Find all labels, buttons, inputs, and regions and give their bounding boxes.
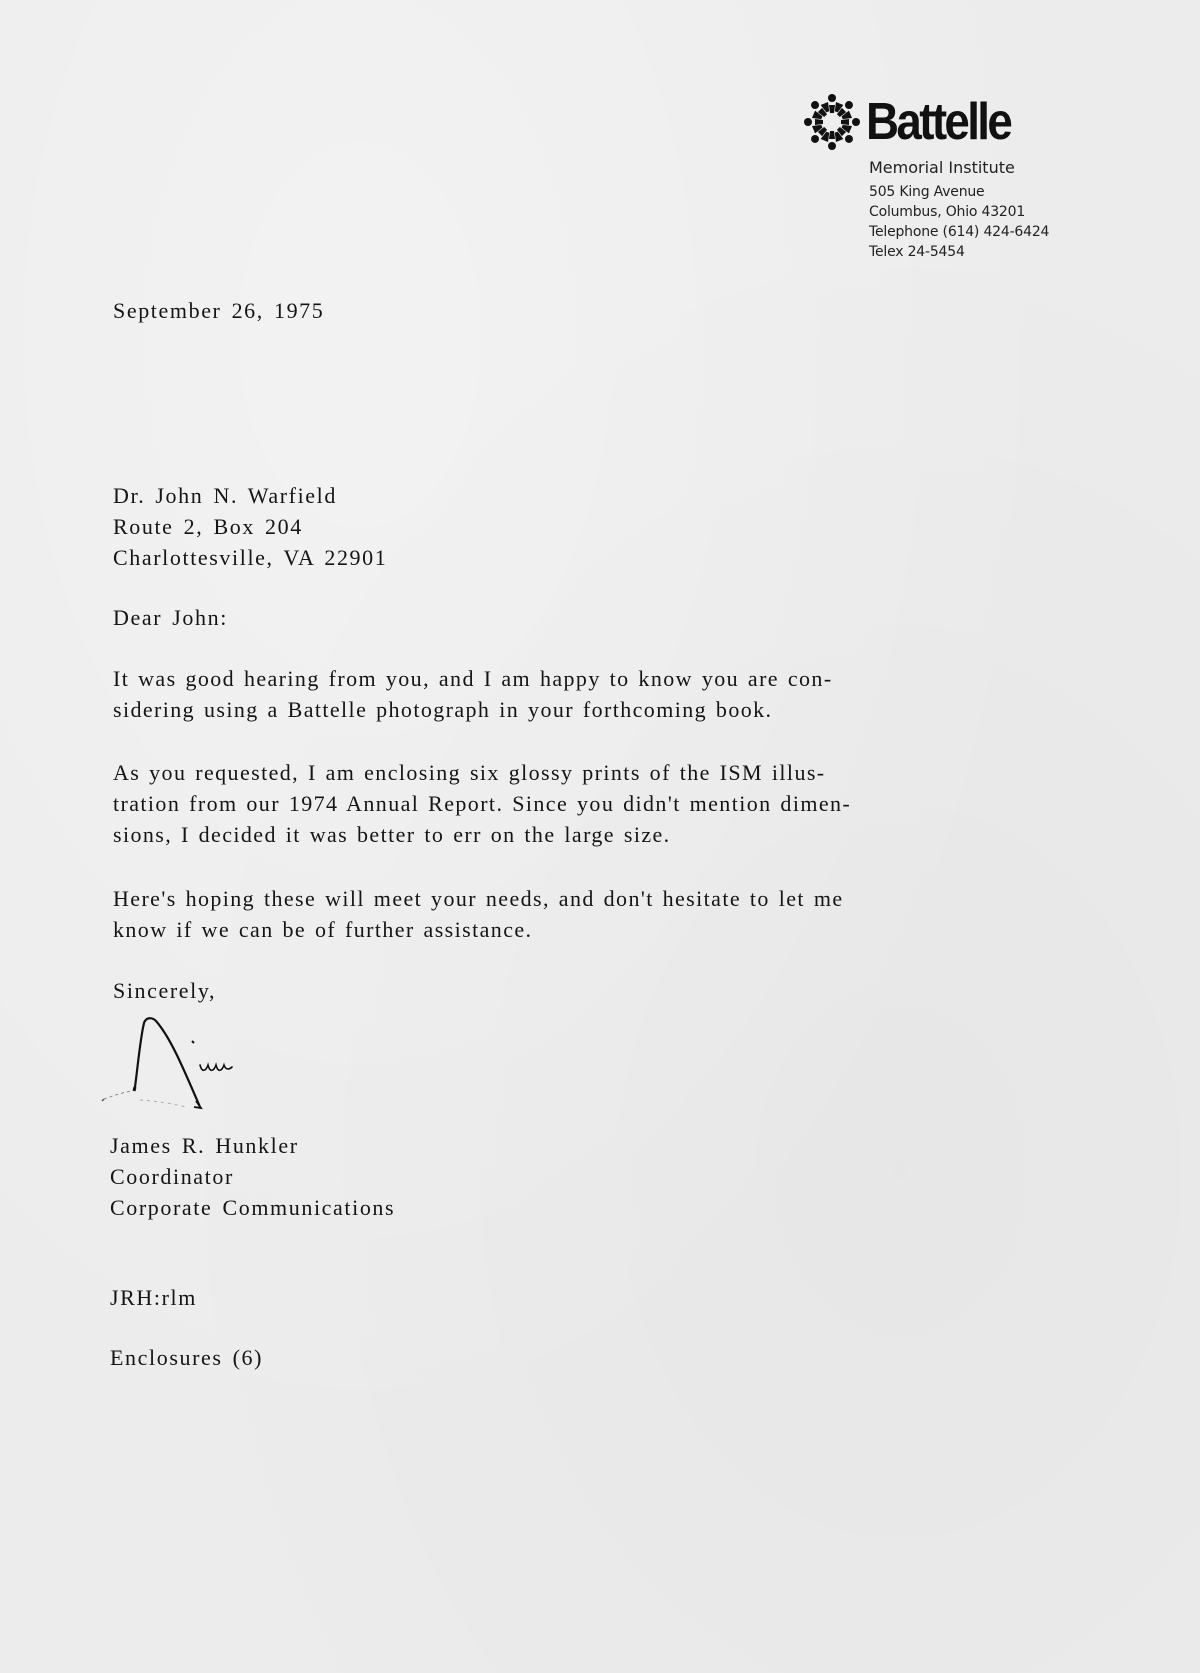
enclosures-note: Enclosures (6) [110, 1345, 263, 1371]
letter-date: September 26, 1975 [113, 298, 324, 324]
letterhead-telex: Telex 24-5454 [869, 244, 965, 260]
signer-department: Corporate Communications [110, 1192, 395, 1223]
paragraph-line: tration from our 1974 Annual Report. Sin… [113, 788, 1053, 819]
paragraph-line: It was good hearing from you, and I am h… [113, 663, 1053, 694]
organization-name: Memorial Institute [869, 158, 1015, 177]
paragraph-line: Here's hoping these will meet your needs… [113, 883, 1053, 914]
recipient-name: Dr. John N. Warfield [113, 480, 387, 511]
body-paragraph-3: Here's hoping these will meet your needs… [113, 883, 1053, 945]
recipient-address: Dr. John N. Warfield Route 2, Box 204 Ch… [113, 480, 387, 573]
letter-page: Battelle Memorial Institute 505 King Ave… [0, 0, 1200, 1673]
signer-title: Coordinator [110, 1161, 395, 1192]
paragraph-line: As you requested, I am enclosing six glo… [113, 757, 1053, 788]
salutation: Dear John: [113, 605, 228, 631]
letterhead-city: Columbus, Ohio 43201 [869, 204, 1025, 220]
closing: Sincerely, [113, 978, 216, 1004]
brand-name: Battelle [866, 94, 1010, 150]
handwritten-signature [100, 1015, 260, 1115]
recipient-city: Charlottesville, VA 22901 [113, 542, 387, 573]
signer-name: James R. Hunkler [110, 1130, 395, 1161]
letterhead-telephone: Telephone (614) 424-6424 [869, 224, 1049, 240]
paragraph-line: sidering using a Battelle photograph in … [113, 694, 1053, 725]
signature-block: James R. Hunkler Coordinator Corporate C… [110, 1130, 395, 1223]
logo: Battelle [802, 92, 1102, 154]
paragraph-line: know if we can be of further assistance. [113, 914, 1053, 945]
battelle-logo-icon [802, 92, 862, 152]
reference-initials: JRH:rlm [110, 1285, 197, 1311]
body-paragraph-2: As you requested, I am enclosing six glo… [113, 757, 1053, 850]
paragraph-line: sions, I decided it was better to err on… [113, 819, 1053, 850]
recipient-street: Route 2, Box 204 [113, 511, 387, 542]
letterhead-street: 505 King Avenue [869, 184, 984, 200]
body-paragraph-1: It was good hearing from you, and I am h… [113, 663, 1053, 725]
